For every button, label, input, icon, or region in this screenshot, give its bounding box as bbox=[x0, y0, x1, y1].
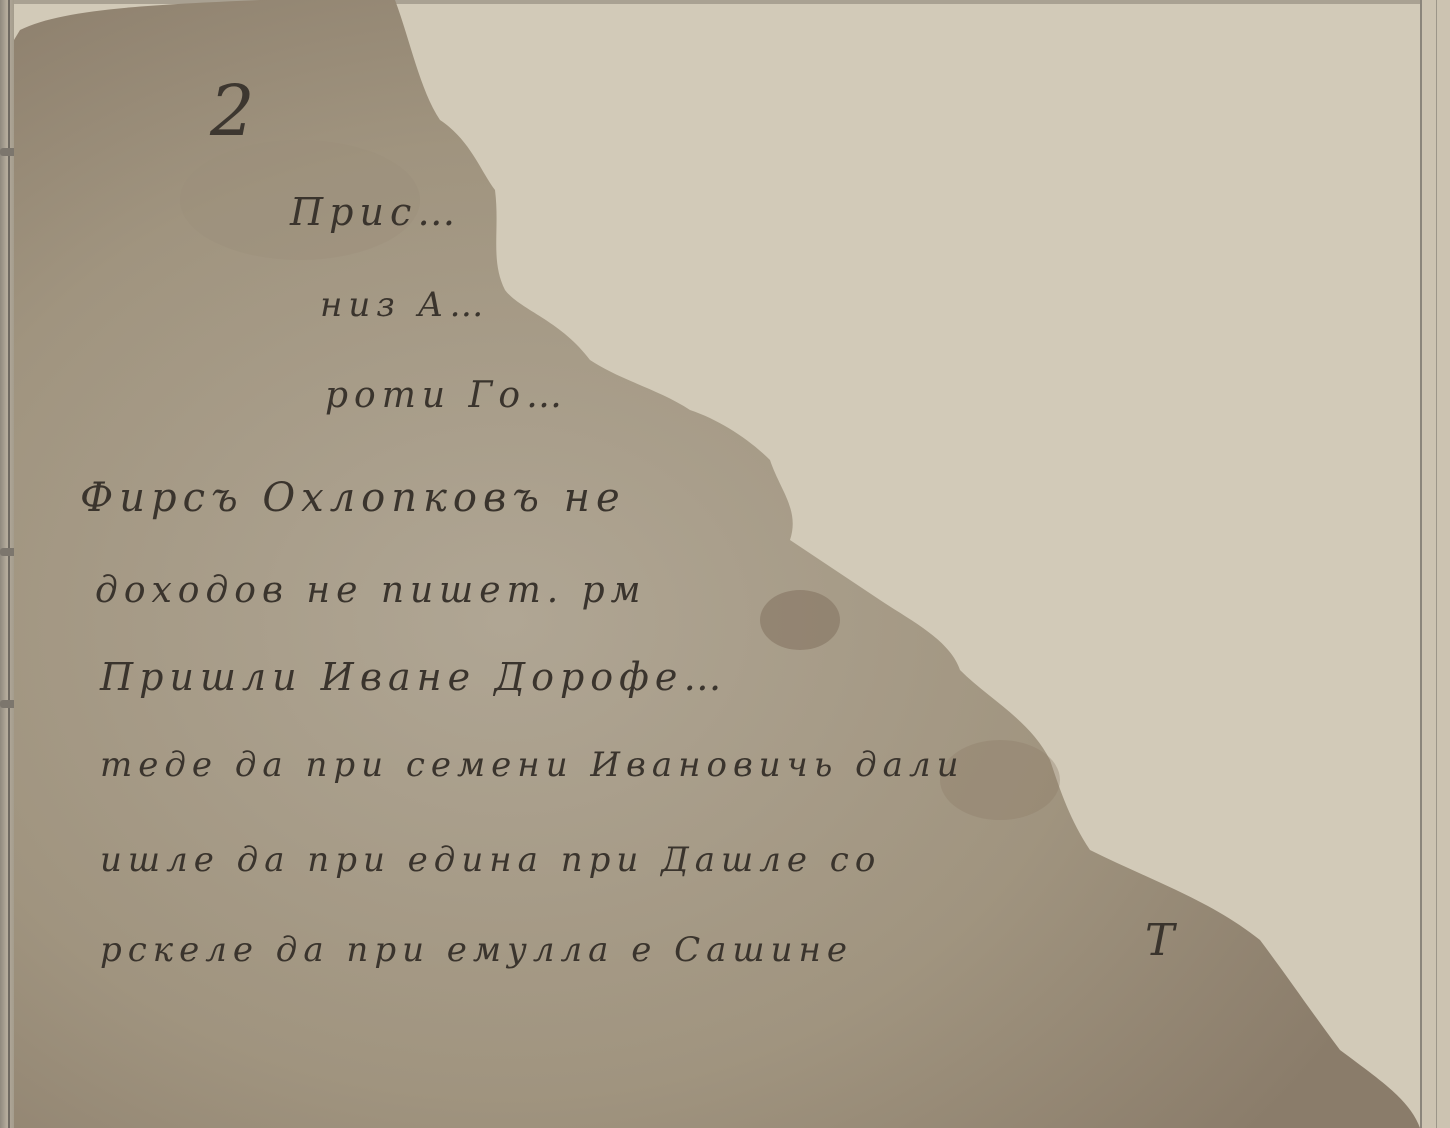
manuscript-line: Пришли Иване Дорофе… bbox=[100, 655, 727, 699]
manuscript-line: рскеле да при емулла е Сашине bbox=[100, 930, 853, 970]
manuscript-line: теде да при семени Ивановичь дали bbox=[100, 745, 965, 785]
manuscript-line: низ А… bbox=[320, 285, 489, 325]
manuscript-line: роти Го… bbox=[325, 375, 568, 416]
manuscript-line: Фирсъ Охлопковъ не bbox=[80, 475, 626, 521]
manuscript-line: доходов не пишет. рм bbox=[95, 570, 647, 611]
marginal-mark: Т bbox=[1145, 915, 1180, 966]
folio-number: 2 bbox=[210, 70, 255, 152]
manuscript-line: ишле да при едина при Дашле со bbox=[100, 840, 881, 880]
manuscript-line: Прис… bbox=[290, 190, 461, 234]
